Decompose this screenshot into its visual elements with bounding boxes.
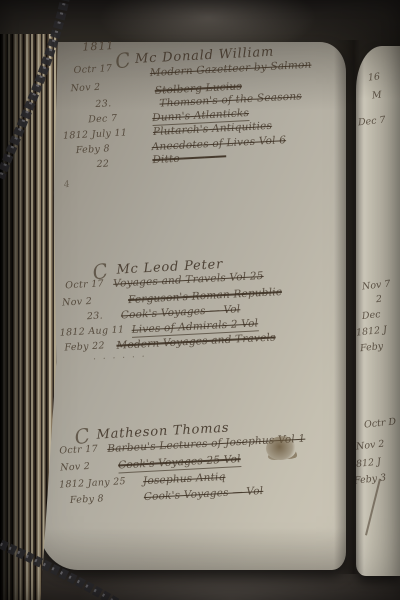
right-page-fragment: 1812 J	[356, 456, 382, 470]
right-page-fragment: Feby 3	[356, 472, 387, 486]
entry-date: 22	[96, 158, 109, 170]
ledger-block-mcdonald: 1811 C Mc Donald William Octr 17 Modern …	[56, 25, 355, 180]
entry-title: Josephus Antiq	[143, 471, 226, 487]
entry-date: 1812 Jany 25	[59, 476, 126, 490]
entry-date: Feby 8	[76, 143, 111, 156]
right-page-fragment: Nov 7	[362, 279, 391, 293]
ledger-photo: 16 M Dec 7 Nov 7 2 Dec 1812 J Feby Octr …	[0, 0, 400, 600]
right-page-fragment: M	[371, 90, 382, 102]
entry-date: Feby 22	[64, 340, 105, 353]
entry-title: Ditto ————	[152, 150, 226, 166]
entry-date: Dec 7	[88, 113, 118, 126]
right-page-fragment: 1812 J	[356, 324, 388, 338]
entry-date: Octr 17	[65, 278, 104, 291]
right-page-edge: 16 M Dec 7 Nov 7 2 Dec 1812 J Feby Octr …	[356, 46, 400, 576]
ledger-block-matheson: C Matheson Thomas Octr 17 Barbeu's Lectu…	[50, 410, 355, 521]
year-label: 1811	[82, 39, 115, 54]
margin-mark: 4	[63, 180, 70, 191]
entry-date: Feby 8	[70, 493, 105, 506]
right-page-fragment: Octr D	[364, 416, 397, 430]
entry-title: Cook's Voyages — Vol	[144, 485, 264, 503]
entry-title: Ferguson's Roman Republic	[128, 286, 282, 306]
entry-date: 1812 July 11	[63, 127, 128, 141]
entry-date: Octr 17	[59, 444, 98, 457]
name-flourish: C	[113, 47, 133, 73]
entry-date: 23.	[95, 98, 112, 110]
ledger-block-mcleod: C Mc Leod Peter Octr 17 Voyages and Trav…	[52, 247, 353, 372]
ink-blot	[266, 436, 296, 460]
right-page-fragment: 16	[367, 71, 380, 83]
entry-date: Nov 2	[70, 82, 101, 95]
right-page-fragment: 2	[375, 294, 382, 306]
right-page-fragment: Feby	[359, 341, 383, 354]
entry-date: Octr 17	[73, 63, 112, 76]
right-page-fragment: Dec 7	[358, 115, 387, 129]
entry-date: 23.	[87, 310, 104, 322]
entry-date: 1812 Aug 11	[59, 324, 124, 338]
dotted-marks: · · · · · ·	[93, 352, 147, 365]
entry-date: Nov 2	[60, 461, 91, 474]
right-page-fragment: Dec	[361, 309, 381, 322]
right-page-fragment: Nov 2	[356, 439, 385, 453]
entry-date: Nov 2	[62, 296, 93, 309]
